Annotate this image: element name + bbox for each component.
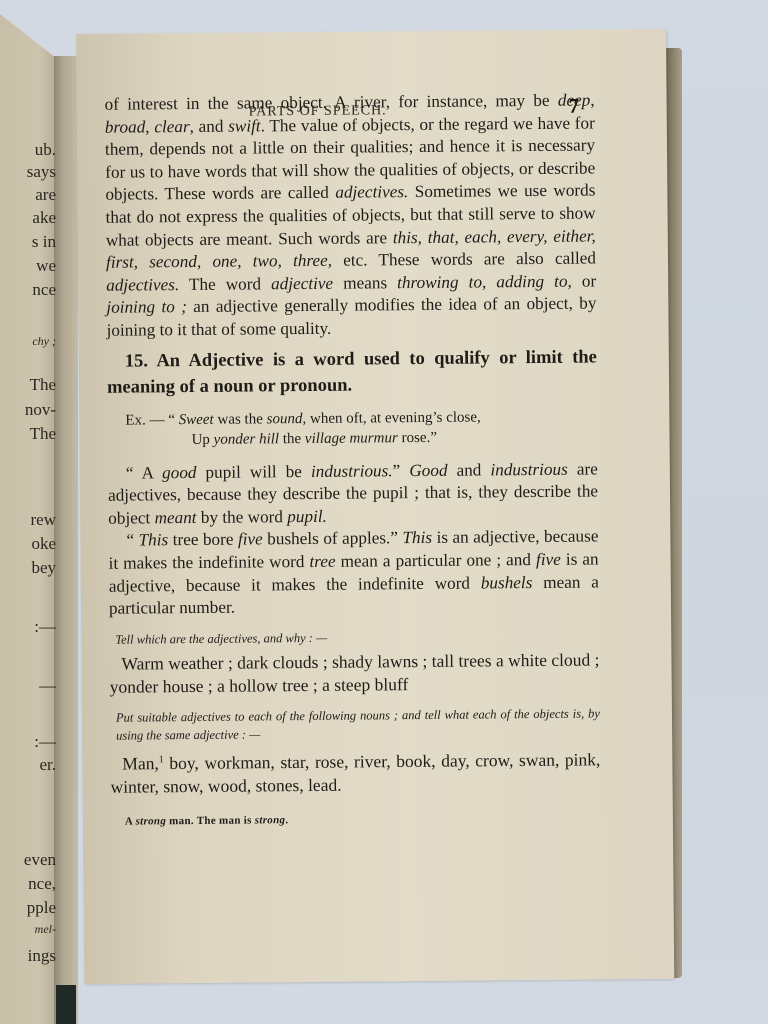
paragraph-intro: of interest in the same object. A river,… bbox=[105, 89, 597, 342]
left-page-fragment: we bbox=[36, 256, 56, 276]
left-page-fragment: ub. bbox=[35, 140, 56, 160]
left-page-fragment: The bbox=[30, 424, 56, 444]
left-page-fragment: says bbox=[27, 162, 56, 182]
left-page-fragment: ings bbox=[28, 946, 56, 966]
example-verse: Ex. — “ Sweet was the sound, when oft, a… bbox=[125, 406, 597, 450]
left-page-fragment: mel- bbox=[35, 922, 56, 937]
footnote: A strong man. The man is strong. bbox=[125, 806, 601, 833]
left-page-fragment: bey bbox=[31, 558, 56, 578]
book-cover-edge bbox=[56, 985, 76, 1024]
left-page-fragment: chy ; bbox=[32, 334, 56, 349]
exercise-instruction-2: Put suitable adjectives to each of the f… bbox=[116, 704, 600, 744]
left-page-fragment: :— bbox=[34, 617, 56, 637]
page-body: of interest in the same object. A river,… bbox=[105, 89, 601, 832]
book-gutter bbox=[54, 56, 78, 1024]
paragraph-good-pupil: “ A good pupil will be industrious.” Goo… bbox=[108, 458, 599, 530]
left-page-fragment: s in bbox=[32, 232, 56, 252]
exercise-instruction-1: Tell which are the adjectives, and why :… bbox=[115, 626, 599, 648]
exercise-1: Warm weather ; dark clouds ; shady lawns… bbox=[109, 648, 599, 698]
definition-rule: 15. An Adjective is a word used to quali… bbox=[107, 344, 597, 400]
left-page-fragment: — bbox=[39, 676, 56, 696]
right-page: PARTS OF SPEECH. 7 of interest in the sa… bbox=[76, 29, 674, 984]
left-page-fragment: nce bbox=[32, 280, 56, 300]
paragraph-this-tree: “ This tree bore five bushels of apples.… bbox=[108, 526, 599, 621]
exercise-2: Man,1 boy, workman, star, rose, river, b… bbox=[110, 744, 600, 798]
left-page-fragment: The bbox=[30, 375, 56, 395]
left-page-fragment: are bbox=[35, 185, 56, 205]
left-page-fragment: even bbox=[24, 850, 56, 870]
left-page-fragment: nov- bbox=[25, 400, 56, 420]
left-page-fragment: rew bbox=[31, 510, 56, 530]
left-page-fragment: ake bbox=[32, 208, 56, 228]
left-page-fragment: nce, bbox=[28, 874, 56, 894]
left-page-fragment: :— bbox=[34, 732, 56, 752]
left-page-fragment: oke bbox=[31, 534, 56, 554]
left-page-fragment: er. bbox=[39, 755, 56, 775]
left-page-fragment: pple bbox=[27, 898, 56, 918]
left-page-text-fragments: ub.saysareakes inwencechy ;Thenov-Therew… bbox=[0, 0, 56, 1024]
